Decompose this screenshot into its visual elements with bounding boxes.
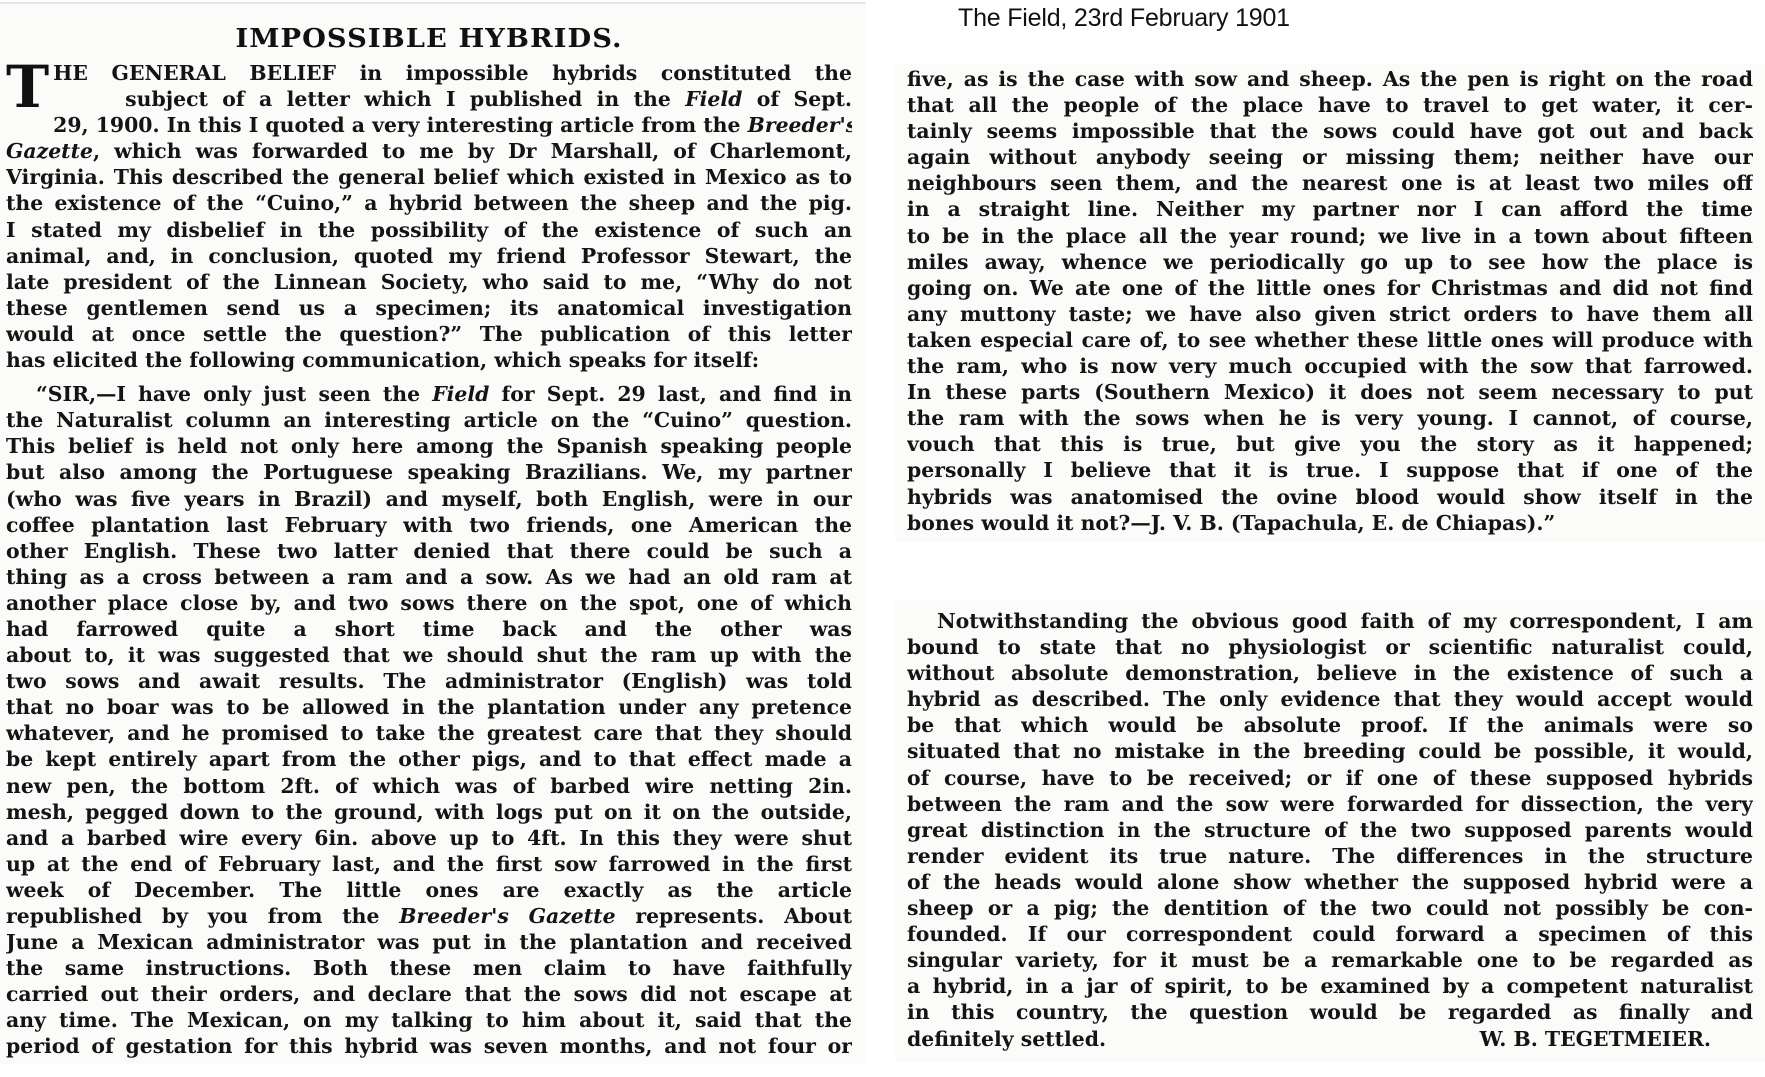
text-line: two sows and await results. The administ… (6, 668, 852, 694)
text-line: 29, 1900. In this I quoted a very intere… (53, 112, 852, 138)
text-line: vouch that this is true, but give you th… (907, 431, 1753, 457)
article-right-top-column: five, as is the case with sow and sheep.… (895, 64, 1765, 542)
text-line: sheep or a pig; the dentition of the two… (907, 895, 1753, 921)
paragraph-gap (6, 373, 852, 381)
text-line: these gentlemen send us a specimen; its … (6, 295, 852, 321)
text-line: singular variety, for it must be a remar… (907, 947, 1753, 973)
source-caption: The Field, 23rd February 1901 (958, 4, 1290, 33)
text-line: founded. If our correspondent could forw… (907, 921, 1753, 947)
text-line: that all the people of the place have to… (907, 92, 1753, 118)
text-line: subject of a letter which I published in… (53, 86, 852, 112)
text-line: be kept entirely apart from the other pi… (6, 746, 852, 772)
text-line: “SIR,—I have only just seen the Field fo… (6, 381, 852, 407)
text-line: I stated my disbelief in the possibility… (6, 217, 852, 243)
text-line: the same instructions. Both these men cl… (6, 955, 852, 981)
closing-text: definitely settled. (907, 1026, 1106, 1052)
text-line: any time. The Mexican, on my talking to … (6, 1007, 852, 1033)
text-line: and a barbed wire every 6in. above up to… (6, 825, 852, 851)
text-line: the Naturalist column an interesting art… (6, 407, 852, 433)
text-line: late president of the Linnean Society, w… (6, 269, 852, 295)
text-line: situated that no mistake in the breeding… (907, 738, 1753, 764)
text-line: without absolute demonstration, believe … (907, 660, 1753, 686)
text-line: hybrids was anatomised the ovine blood w… (907, 484, 1753, 510)
text-line: mesh, pegged down to the ground, with lo… (6, 799, 852, 825)
text-line: This belief is held not only here among … (6, 433, 852, 459)
text-line: again without anybody seeing or missing … (907, 144, 1753, 170)
signature-row: definitely settled. W. B. TEGETMEIER. (907, 1026, 1753, 1052)
text-line: neighbours seen them, and the nearest on… (907, 170, 1753, 196)
text-line: bones would it not?—J. V. B. (Tapachula,… (907, 510, 1753, 536)
text-line: hybrid as described. The only evidence t… (907, 686, 1753, 712)
text-line: would at once settle the question?” The … (6, 321, 852, 347)
text-line: tainly seems impossible that the sows co… (907, 118, 1753, 144)
text-line: new pen, the bottom 2ft. of which was of… (6, 773, 852, 799)
text-line: the ram, who is now very much occupied w… (907, 353, 1753, 379)
article-headline: IMPOSSIBLE HYBRIDS. (0, 24, 873, 54)
text-line: bound to state that no physiologist or s… (907, 634, 1753, 660)
article-left-column: IMPOSSIBLE HYBRIDS. T HE GENERAL BELIEF … (0, 2, 866, 1064)
text-line: any muttony taste; we have also given st… (907, 301, 1753, 327)
intro-lines: HE GENERAL BELIEF in impossible hybrids … (6, 60, 852, 373)
text-line: (who was five years in Brazil) and mysel… (6, 486, 852, 512)
text-line: period of gestation for this hybrid was … (6, 1033, 852, 1059)
text-line: Notwithstanding the obvious good faith o… (907, 608, 1753, 634)
text-line: taken especial care of, to see whether t… (907, 327, 1753, 353)
text-line: had farrowed quite a short time back and… (6, 616, 852, 642)
text-line: of course, have to be received; or if on… (907, 765, 1753, 791)
text-line: HE GENERAL BELIEF in impossible hybrids … (53, 60, 852, 86)
text-line: great distinction in the structure of th… (907, 817, 1753, 843)
text-line: between the ram and the sow were forward… (907, 791, 1753, 817)
text-line: that no boar was to be allowed in the pl… (6, 694, 852, 720)
text-line: coffee plantation last February with two… (6, 512, 852, 538)
text-line: but also among the Portuguese speaking B… (6, 459, 852, 485)
text-line: render evident its true nature. The diff… (907, 843, 1753, 869)
text-line: the existence of the “Cuino,” a hybrid b… (6, 190, 852, 216)
text-line: in a straight line. Neither my partner n… (907, 196, 1753, 222)
editor-response: Notwithstanding the obvious good faith o… (907, 608, 1753, 1026)
text-line: republished by you from the Breeder's Ga… (6, 903, 852, 929)
text-line: Gazette, which was forwarded to me by Dr… (6, 138, 852, 164)
text-line: about to, it was suggested that we shoul… (6, 642, 852, 668)
text-line: miles away, whence we periodically go up… (907, 249, 1753, 275)
intro-paragraph: T HE GENERAL BELIEF in impossible hybrid… (6, 60, 852, 373)
text-line: five, as is the case with sow and sheep.… (907, 66, 1753, 92)
text-line: other English. These two latter denied t… (6, 538, 852, 564)
text-line: going on. We ate one of the little ones … (907, 275, 1753, 301)
text-line: carried out their orders, and declare th… (6, 981, 852, 1007)
text-line: June a Mexican administrator was put in … (6, 929, 852, 955)
text-line: whatever, and he promised to take the gr… (6, 720, 852, 746)
text-line: a hybrid, in a jar of spirit, to be exam… (907, 973, 1753, 999)
text-line: In these parts (Southern Mexico) it does… (907, 379, 1753, 405)
text-line: in this country, the question would be r… (907, 999, 1753, 1025)
author-signature: W. B. TEGETMEIER. (1480, 1026, 1711, 1052)
article-right-bottom-column: Notwithstanding the obvious good faith o… (895, 600, 1765, 1062)
letter-continuation: five, as is the case with sow and sheep.… (907, 66, 1753, 536)
text-line: has elicited the following communication… (6, 347, 852, 373)
text-line: the ram with the sows when he is very yo… (907, 405, 1753, 431)
text-line: be that which would be absolute proof. I… (907, 712, 1753, 738)
text-line: up at the end of February last, and the … (6, 851, 852, 877)
text-line: another place close by, and two sows the… (6, 590, 852, 616)
letter-paragraph: “SIR,—I have only just seen the Field fo… (6, 381, 852, 1059)
text-line: week of December. The little ones are ex… (6, 877, 852, 903)
text-line: thing as a cross between a ram and a sow… (6, 564, 852, 590)
text-line: personally I believe that it is true. I … (907, 457, 1753, 483)
drop-cap: T (6, 62, 49, 114)
text-line: of the heads would alone show whether th… (907, 869, 1753, 895)
text-line: Virginia. This described the general bel… (6, 164, 852, 190)
text-line: animal, and, in conclusion, quoted my fr… (6, 243, 852, 269)
text-line: to be in the place all the year round; w… (907, 223, 1753, 249)
